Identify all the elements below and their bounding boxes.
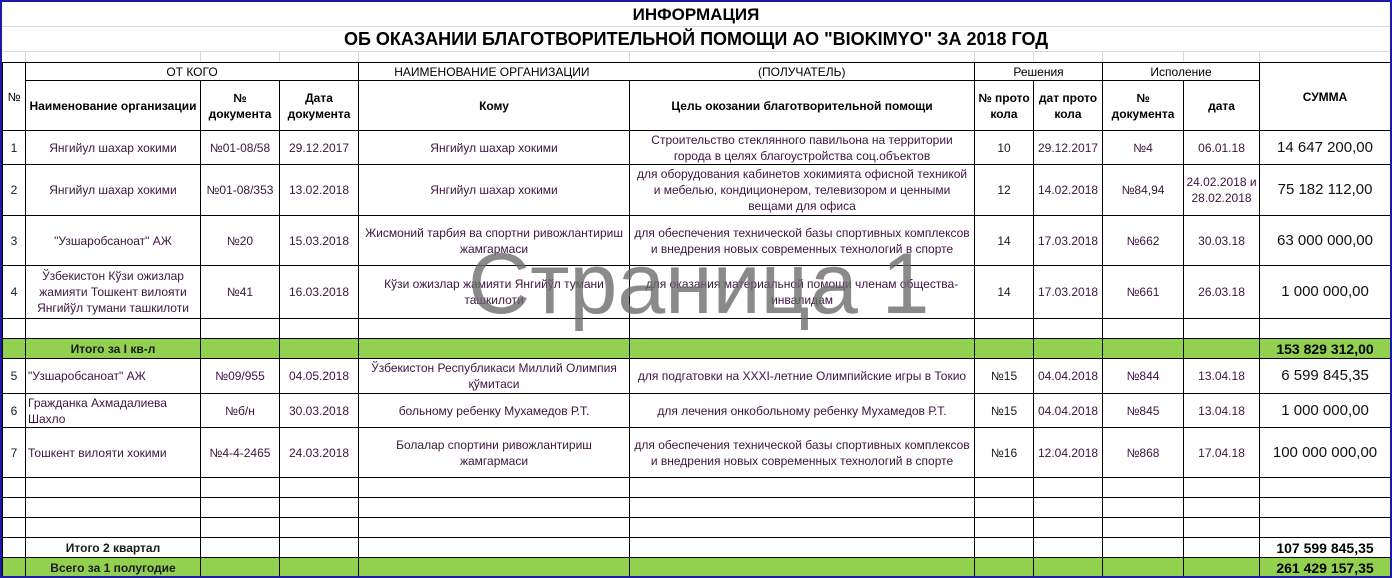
empty-cell xyxy=(1034,538,1103,558)
cell-purpose: для лечения онкобольному ребенку Мухамед… xyxy=(630,394,975,428)
empty-cell xyxy=(1034,478,1103,498)
empty-cell xyxy=(280,498,359,518)
cell-amount: 14 647 200,00 xyxy=(1260,131,1391,165)
cell-amount: 1 000 000,00 xyxy=(1260,394,1391,428)
empty-cell xyxy=(975,478,1034,498)
cell-purpose: для оказания материальной помощи членам … xyxy=(630,266,975,319)
empty-cell xyxy=(3,319,26,339)
empty-cell xyxy=(975,498,1034,518)
header-doc-num: № документа xyxy=(201,81,280,131)
empty-cell xyxy=(359,319,630,339)
cell-protocol-num: №16 xyxy=(975,428,1034,478)
cell-protocol-num: 14 xyxy=(975,216,1034,266)
cell-num: 1 xyxy=(3,131,26,165)
empty-cell xyxy=(1184,498,1260,518)
empty-cell xyxy=(1184,319,1260,339)
empty-cell xyxy=(975,319,1034,339)
empty-cell xyxy=(1184,558,1260,578)
cell-amount: 75 182 112,00 xyxy=(1260,165,1391,216)
empty-cell xyxy=(280,538,359,558)
cell-org: Янгийул шахар хокими xyxy=(26,131,201,165)
cell-protocol-date: 17.03.2018 xyxy=(1034,266,1103,319)
cell-protocol-date: 04.04.2018 xyxy=(1034,359,1103,394)
table-row: 5 "Узшаробсаноат" АЖ №09/955 04.05.2018 … xyxy=(3,359,1391,394)
empty-cell xyxy=(201,558,280,578)
empty-cell xyxy=(26,319,201,339)
header-protocol-num: № протокола xyxy=(975,81,1034,131)
cell-protocol-date: 14.02.2018 xyxy=(1034,165,1103,216)
title-line-2: ОБ ОКАЗАНИИ БЛАГОТВОРИТЕЛЬНОЙ ПОМОЩИ АО … xyxy=(2,27,1390,52)
header-recipient-group-a: НАИМЕНОВАНИЕ ОРГАНИЗАЦИИ xyxy=(359,63,630,81)
empty-cell xyxy=(1034,339,1103,359)
cell-exec-date: 24.02.2018 и 28.02.2018 xyxy=(1184,165,1260,216)
cell-doc-num: №09/955 xyxy=(201,359,280,394)
gridline xyxy=(1102,51,1103,62)
cell-doc-num: №20 xyxy=(201,216,280,266)
cell-exec-date: 17.04.18 xyxy=(1184,428,1260,478)
header-exec-doc-num: № документа xyxy=(1103,81,1184,131)
total-q1-amount: 153 829 312,00 xyxy=(1260,339,1391,359)
cell-doc-num: №01-08/353 xyxy=(201,165,280,216)
empty-cell xyxy=(975,558,1034,578)
header-from-group: ОТ КОГО xyxy=(26,63,359,81)
total-q2-amount: 107 599 845,35 xyxy=(1260,538,1391,558)
cell-purpose: для оборудования кабинетов хокимията офи… xyxy=(630,165,975,216)
empty-cell xyxy=(630,518,975,538)
table-row: 2 Янгийул шахар хокими №01-08/353 13.02.… xyxy=(3,165,1391,216)
cell-exec-doc: №844 xyxy=(1103,359,1184,394)
cell-doc-date: 30.03.2018 xyxy=(280,394,359,428)
cell-protocol-num: 12 xyxy=(975,165,1034,216)
cell-purpose: для обеспечения технической базы спортив… xyxy=(630,428,975,478)
cell-doc-date: 04.05.2018 xyxy=(280,359,359,394)
table-row: 4 Ўзбекистон Кўзи ожизлар жамияти Тошкен… xyxy=(3,266,1391,319)
header-num: № xyxy=(3,63,26,131)
cell-doc-date: 24.03.2018 xyxy=(280,428,359,478)
total-row-h1: Всего за 1 полугодие 261 429 157,35 xyxy=(3,558,1391,578)
empty-cell xyxy=(630,538,975,558)
empty-cell xyxy=(1034,518,1103,538)
empty-cell xyxy=(359,538,630,558)
table-row: 3 "Узшаробсаноат" АЖ №20 15.03.2018 Жисм… xyxy=(3,216,1391,266)
cell-num: 4 xyxy=(3,266,26,319)
total-row-q1: Итого за I кв-л 153 829 312,00 xyxy=(3,339,1391,359)
cell-to-whom: Янгийул шахар хокими xyxy=(359,131,630,165)
gridline xyxy=(1259,51,1260,62)
empty-cell xyxy=(1184,478,1260,498)
empty-cell xyxy=(1103,558,1184,578)
cell-exec-doc: №845 xyxy=(1103,394,1184,428)
cell-to-whom: больному ребенку Мухамедов Р.Т. xyxy=(359,394,630,428)
title-line-1: ИНФОРМАЦИЯ xyxy=(2,4,1390,27)
gridline xyxy=(1183,51,1184,62)
gridline xyxy=(279,51,280,62)
cell-num: 7 xyxy=(3,428,26,478)
empty-cell xyxy=(359,518,630,538)
cell-org: Тошкент вилояти хокими xyxy=(26,428,201,478)
empty-cell xyxy=(3,478,26,498)
empty-cell xyxy=(280,518,359,538)
empty-cell xyxy=(975,339,1034,359)
empty-row xyxy=(3,478,1391,498)
cell-exec-date: 06.01.18 xyxy=(1184,131,1260,165)
spreadsheet-page: ИНФОРМАЦИЯ ОБ ОКАЗАНИИ БЛАГОТВОРИТЕЛЬНОЙ… xyxy=(0,0,1392,578)
cell-protocol-num: №15 xyxy=(975,394,1034,428)
empty-cell xyxy=(630,319,975,339)
cell-org: Янгийул шахар хокими xyxy=(26,165,201,216)
cell-to-whom: Жисмоний тарбия ва спортни ривожлантириш… xyxy=(359,216,630,266)
cell-exec-date: 30.03.18 xyxy=(1184,216,1260,266)
empty-cell xyxy=(975,518,1034,538)
cell-exec-date: 26.03.18 xyxy=(1184,266,1260,319)
gridline xyxy=(358,51,359,62)
cell-protocol-num: 10 xyxy=(975,131,1034,165)
cell-protocol-num: 14 xyxy=(975,266,1034,319)
total-h1-amount: 261 429 157,35 xyxy=(1260,558,1391,578)
empty-cell xyxy=(1103,518,1184,538)
cell-amount: 63 000 000,00 xyxy=(1260,216,1391,266)
empty-cell xyxy=(201,538,280,558)
cell-doc-num: №01-08/58 xyxy=(201,131,280,165)
header-recipient-group-b: (ПОЛУЧАТЕЛЬ) xyxy=(630,63,975,81)
cell-org: Гражданка Ахмадалиева Шахло xyxy=(26,394,201,428)
empty-cell xyxy=(280,478,359,498)
empty-cell xyxy=(359,558,630,578)
empty-cell xyxy=(630,558,975,578)
gridline xyxy=(25,51,26,62)
cell-exec-doc: №662 xyxy=(1103,216,1184,266)
cell-org: "Узшаробсаноат" АЖ xyxy=(26,359,201,394)
header-decisions-group: Решения xyxy=(975,63,1103,81)
empty-cell xyxy=(1034,319,1103,339)
empty-cell xyxy=(26,478,201,498)
cell-protocol-num: №15 xyxy=(975,359,1034,394)
gridline xyxy=(974,51,975,62)
cell-protocol-date: 29.12.2017 xyxy=(1034,131,1103,165)
empty-cell xyxy=(3,518,26,538)
cell-exec-doc: №661 xyxy=(1103,266,1184,319)
charity-table: № ОТ КОГО НАИМЕНОВАНИЕ ОРГАНИЗАЦИИ (ПОЛУ… xyxy=(2,62,1391,578)
empty-cell xyxy=(1260,319,1391,339)
empty-cell xyxy=(630,339,975,359)
cell-protocol-date: 12.04.2018 xyxy=(1034,428,1103,478)
header-org-name: Наименование организации xyxy=(26,81,201,131)
cell-doc-date: 15.03.2018 xyxy=(280,216,359,266)
empty-cell xyxy=(201,518,280,538)
empty-cell xyxy=(630,498,975,518)
cell-to-whom: Ўзбекистон Республикаси Миллий Олимпия қ… xyxy=(359,359,630,394)
empty-cell xyxy=(1260,518,1391,538)
cell-amount: 100 000 000,00 xyxy=(1260,428,1391,478)
header-amount: СУММА xyxy=(1260,63,1391,131)
cell-exec-doc: №4 xyxy=(1103,131,1184,165)
empty-cell xyxy=(201,498,280,518)
empty-cell xyxy=(1103,478,1184,498)
empty-row xyxy=(3,319,1391,339)
table-row: 7 Тошкент вилояти хокими №4-4-2465 24.03… xyxy=(3,428,1391,478)
empty-cell xyxy=(3,339,26,359)
empty-cell xyxy=(280,339,359,359)
cell-purpose: для обеспечения технической базы спортив… xyxy=(630,216,975,266)
empty-cell xyxy=(280,558,359,578)
cell-exec-date: 13.04.18 xyxy=(1184,394,1260,428)
empty-cell xyxy=(1034,498,1103,518)
empty-cell xyxy=(201,339,280,359)
empty-cell xyxy=(26,518,201,538)
header-purpose: Цель окозании благотворительной помощи xyxy=(630,81,975,131)
empty-cell xyxy=(1184,339,1260,359)
cell-to-whom: Янгийул шахар хокими xyxy=(359,165,630,216)
cell-doc-date: 29.12.2017 xyxy=(280,131,359,165)
gridline xyxy=(1033,51,1034,62)
empty-cell xyxy=(201,478,280,498)
empty-cell xyxy=(1103,538,1184,558)
header-doc-date: Дата документа xyxy=(280,81,359,131)
table-row: 1 Янгийул шахар хокими №01-08/58 29.12.2… xyxy=(3,131,1391,165)
empty-cell xyxy=(280,319,359,339)
cell-doc-date: 13.02.2018 xyxy=(280,165,359,216)
cell-exec-date: 13.04.18 xyxy=(1184,359,1260,394)
empty-cell xyxy=(1103,498,1184,518)
empty-cell xyxy=(1184,518,1260,538)
empty-cell xyxy=(1034,558,1103,578)
empty-cell xyxy=(359,498,630,518)
cell-org: "Узшаробсаноат" АЖ xyxy=(26,216,201,266)
cell-exec-doc: №84,94 xyxy=(1103,165,1184,216)
empty-cell xyxy=(630,478,975,498)
empty-row xyxy=(3,518,1391,538)
cell-protocol-date: 17.03.2018 xyxy=(1034,216,1103,266)
empty-cell xyxy=(359,478,630,498)
cell-amount: 1 000 000,00 xyxy=(1260,266,1391,319)
header-group-row: № ОТ КОГО НАИМЕНОВАНИЕ ОРГАНИЗАЦИИ (ПОЛУ… xyxy=(3,63,1391,81)
cell-amount: 6 599 845,35 xyxy=(1260,359,1391,394)
cell-to-whom: Болалар спортини ривожлантириш жамгармас… xyxy=(359,428,630,478)
empty-cell xyxy=(975,538,1034,558)
total-h1-label: Всего за 1 полугодие xyxy=(26,558,201,578)
empty-cell xyxy=(1184,538,1260,558)
empty-cell xyxy=(359,339,630,359)
cell-to-whom: Кўзи ожизлар жамияти Янгийўл тумани ташк… xyxy=(359,266,630,319)
total-q2-label: Итого 2 квартал xyxy=(26,538,201,558)
empty-cell xyxy=(1103,339,1184,359)
cell-doc-date: 16.03.2018 xyxy=(280,266,359,319)
cell-purpose: для подгатовки на XXXI-летние Олимпийски… xyxy=(630,359,975,394)
total-row-q2: Итого 2 квартал 107 599 845,35 xyxy=(3,538,1391,558)
empty-cell xyxy=(3,498,26,518)
empty-cell xyxy=(1103,319,1184,339)
header-to-whom: Кому xyxy=(359,81,630,131)
cell-doc-num: №4-4-2465 xyxy=(201,428,280,478)
cell-exec-doc: №868 xyxy=(1103,428,1184,478)
empty-cell xyxy=(201,319,280,339)
cell-purpose: Строительство стеклянного павильона на т… xyxy=(630,131,975,165)
empty-cell xyxy=(3,538,26,558)
empty-cell xyxy=(3,558,26,578)
cell-num: 2 xyxy=(3,165,26,216)
empty-cell xyxy=(1260,478,1391,498)
cell-num: 6 xyxy=(3,394,26,428)
gridline xyxy=(629,51,630,62)
empty-cell xyxy=(26,498,201,518)
header-row: Наименование организации № документа Дат… xyxy=(3,81,1391,131)
cell-num: 5 xyxy=(3,359,26,394)
gridline xyxy=(200,51,201,62)
header-execution-group: Исполение xyxy=(1103,63,1260,81)
empty-row xyxy=(3,498,1391,518)
cell-doc-num: №б/н xyxy=(201,394,280,428)
cell-protocol-date: 04.04.2018 xyxy=(1034,394,1103,428)
table-row: 6 Гражданка Ахмадалиева Шахло №б/н 30.03… xyxy=(3,394,1391,428)
header-protocol-date: дат протокола xyxy=(1034,81,1103,131)
cell-org: Ўзбекистон Кўзи ожизлар жамияти Тошкент … xyxy=(26,266,201,319)
total-q1-label: Итого за I кв-л xyxy=(26,339,201,359)
header-exec-date: дата xyxy=(1184,81,1260,131)
cell-num: 3 xyxy=(3,216,26,266)
empty-cell xyxy=(1260,498,1391,518)
cell-doc-num: №41 xyxy=(201,266,280,319)
